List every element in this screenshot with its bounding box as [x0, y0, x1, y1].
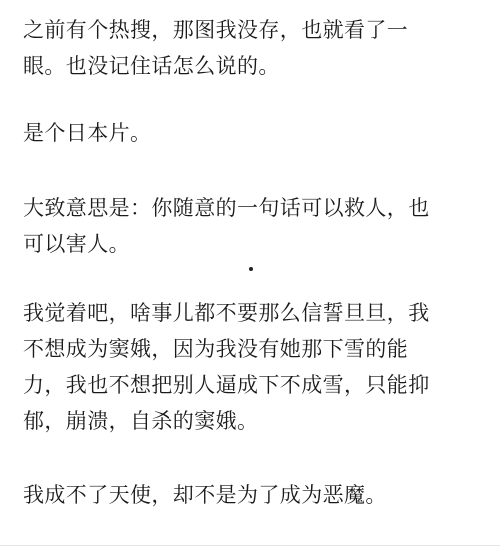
text-line: 是个日本片。: [23, 115, 483, 151]
paragraph-opinion: 我觉着吧，啥事儿都不要那么信誓旦旦，我 不想成为窦娥，因为我没有她那下雪的能 力…: [23, 295, 483, 439]
paragraph-conclusion: 我成不了天使，却不是为了成为恶魔。: [23, 477, 483, 513]
paragraph-japanese-film: 是个日本片。: [23, 115, 483, 151]
text-line: 大致意思是：你随意的一句话可以救人，也: [23, 190, 483, 226]
text-line: 力，我也不想把别人逼成下不成雪，只能抑: [23, 367, 483, 403]
separator-dot: [249, 267, 253, 271]
text-line: 郁，崩溃，自杀的窦娥。: [23, 403, 483, 439]
paragraph-general-meaning: 大致意思是：你随意的一句话可以救人，也 可以害人。: [23, 190, 483, 262]
text-line: 我觉着吧，啥事儿都不要那么信誓旦旦，我: [23, 295, 483, 331]
text-line: 眼。也没记住话怎么说的。: [23, 48, 483, 84]
text-line: 我成不了天使，却不是为了成为恶魔。: [23, 477, 483, 513]
document-body: 之前有个热搜，那图我没存，也就看了一 眼。也没记住话怎么说的。 是个日本片。 大…: [0, 0, 500, 546]
text-line: 之前有个热搜，那图我没存，也就看了一: [23, 12, 483, 48]
paragraph-hot-search: 之前有个热搜，那图我没存，也就看了一 眼。也没记住话怎么说的。: [23, 12, 483, 84]
text-line: 不想成为窦娥，因为我没有她那下雪的能: [23, 331, 483, 367]
text-line: 可以害人。: [23, 226, 483, 262]
